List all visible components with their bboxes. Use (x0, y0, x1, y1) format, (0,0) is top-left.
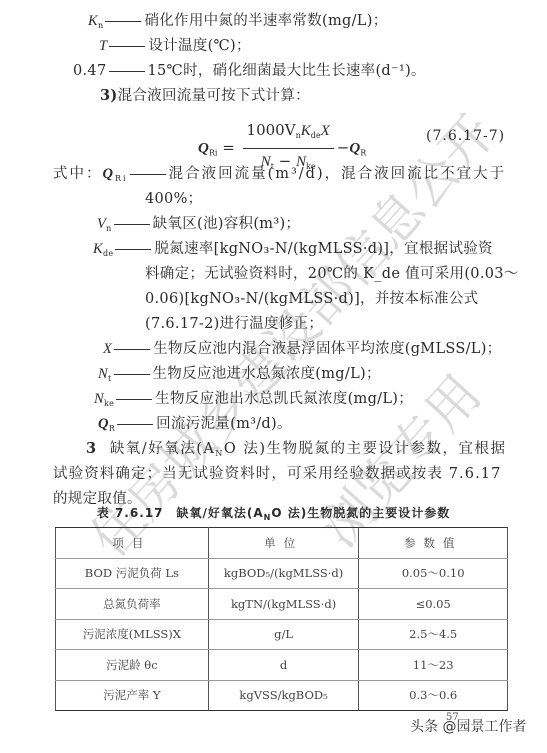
table-row: BOD 污泥负荷 Ls kgBOD₅/(kgMLSS·d) 0.05～0.10 (56, 558, 508, 589)
clause3-line2: 试验资料确定；当无试验资料时，可采用经验数据或按表 7.6.17 (53, 464, 501, 484)
table-row: 总氮负荷率 kgTN/(kgMLSS·d) ≤0.05 (56, 589, 508, 620)
cell-value: 2.5～4.5 (359, 619, 508, 650)
cell-item: 污泥龄 θc (56, 650, 209, 681)
definition-t: T设计温度(℃)； (99, 36, 251, 56)
header-item: 项目 (56, 528, 209, 559)
definition-nt: Nt生物反应池进水总氮浓度(mg/L)； (98, 364, 381, 389)
definition-qri: 式中：QRi混合液回流量(m³/d)，混合液回流比不宜大于 (53, 164, 506, 189)
definition-kde-cont2: 0.06)[kgNO₃-N/(kgMLSS·d)]，并按本标准公式 (145, 289, 478, 309)
cell-value: ≤0.05 (359, 589, 508, 620)
definition-047: 0.4715℃时，硝化细菌最大比生长速率(d⁻¹)。 (73, 61, 426, 81)
cell-value: 0.05～0.10 (359, 558, 508, 589)
header-value: 参数值 (359, 528, 508, 559)
equation-number: (7.6.17-7) (426, 128, 505, 144)
cell-unit: kgVSS/kgBOD₅ (208, 680, 359, 711)
header-unit: 单位 (208, 528, 359, 559)
definition-qr: QR回流污泥量(m³/d)。 (98, 414, 292, 439)
table-caption: 表 7.6.17 缺氧/好氧法(ANO 法)生物脱氮的主要设计参数 (0, 504, 547, 522)
cell-item: 总氮负荷率 (56, 589, 209, 620)
table-row: 污泥龄 θc d 11～23 (56, 650, 508, 681)
cell-item: BOD 污泥负荷 Ls (56, 558, 209, 589)
definition-nke: Nke生物反应池出水总凯氏氮浓度(mg/L)； (94, 389, 413, 414)
cell-item: 污泥产率 Y (56, 680, 209, 711)
definition-kde-cont3: (7.6.17-2)进行温度修正； (145, 314, 323, 334)
clause3-line1: 3 缺氧/好氧法(ANO 法)生物脱氮的主要设计参数，宜根据 (86, 439, 506, 464)
cell-unit: kgTN/(kgMLSS·d) (208, 589, 359, 620)
definition-x: X生物反应池内混合液悬浮固体平均浓度(gMLSS/L)； (103, 339, 501, 359)
definition-kde-cont1: 料确定；无试验资料时，20℃的 K_de 值可采用(0.03～ (145, 264, 519, 284)
definition-vn: Vn缺氧区(池)容积(m³)； (97, 214, 300, 239)
definition-kde: Kde脱氮速率[kgNO₃-N/(kgMLSS·d)]，宜根据试验资 (93, 239, 493, 264)
table-row: 污泥产率 Y kgVSS/kgBOD₅ 0.3～0.6 (56, 680, 508, 711)
design-parameters-table: 项目 单位 参数值 BOD 污泥负荷 Ls kgBOD₅/(kgMLSS·d) … (55, 527, 508, 711)
cell-unit: g/L (208, 619, 359, 650)
cell-unit: d (208, 650, 359, 681)
table-header-row: 项目 单位 参数值 (56, 528, 508, 559)
item3-intro: 3)混合液回流量可按下式计算： (100, 86, 310, 106)
table-row: 污泥浓度(MLSS)X g/L 2.5～4.5 (56, 619, 508, 650)
footer-watermark: 头条 @园景工作者 (410, 716, 526, 736)
cell-value: 11～23 (359, 650, 508, 681)
definition-kn: Kn硝化作用中氮的半速率常数(mg/L)； (88, 11, 388, 36)
cell-value: 0.3～0.6 (359, 680, 508, 711)
definition-qri-cont: 400%； (145, 189, 202, 209)
cell-item: 污泥浓度(MLSS)X (56, 619, 209, 650)
cell-unit: kgBOD₅/(kgMLSS·d) (208, 558, 359, 589)
